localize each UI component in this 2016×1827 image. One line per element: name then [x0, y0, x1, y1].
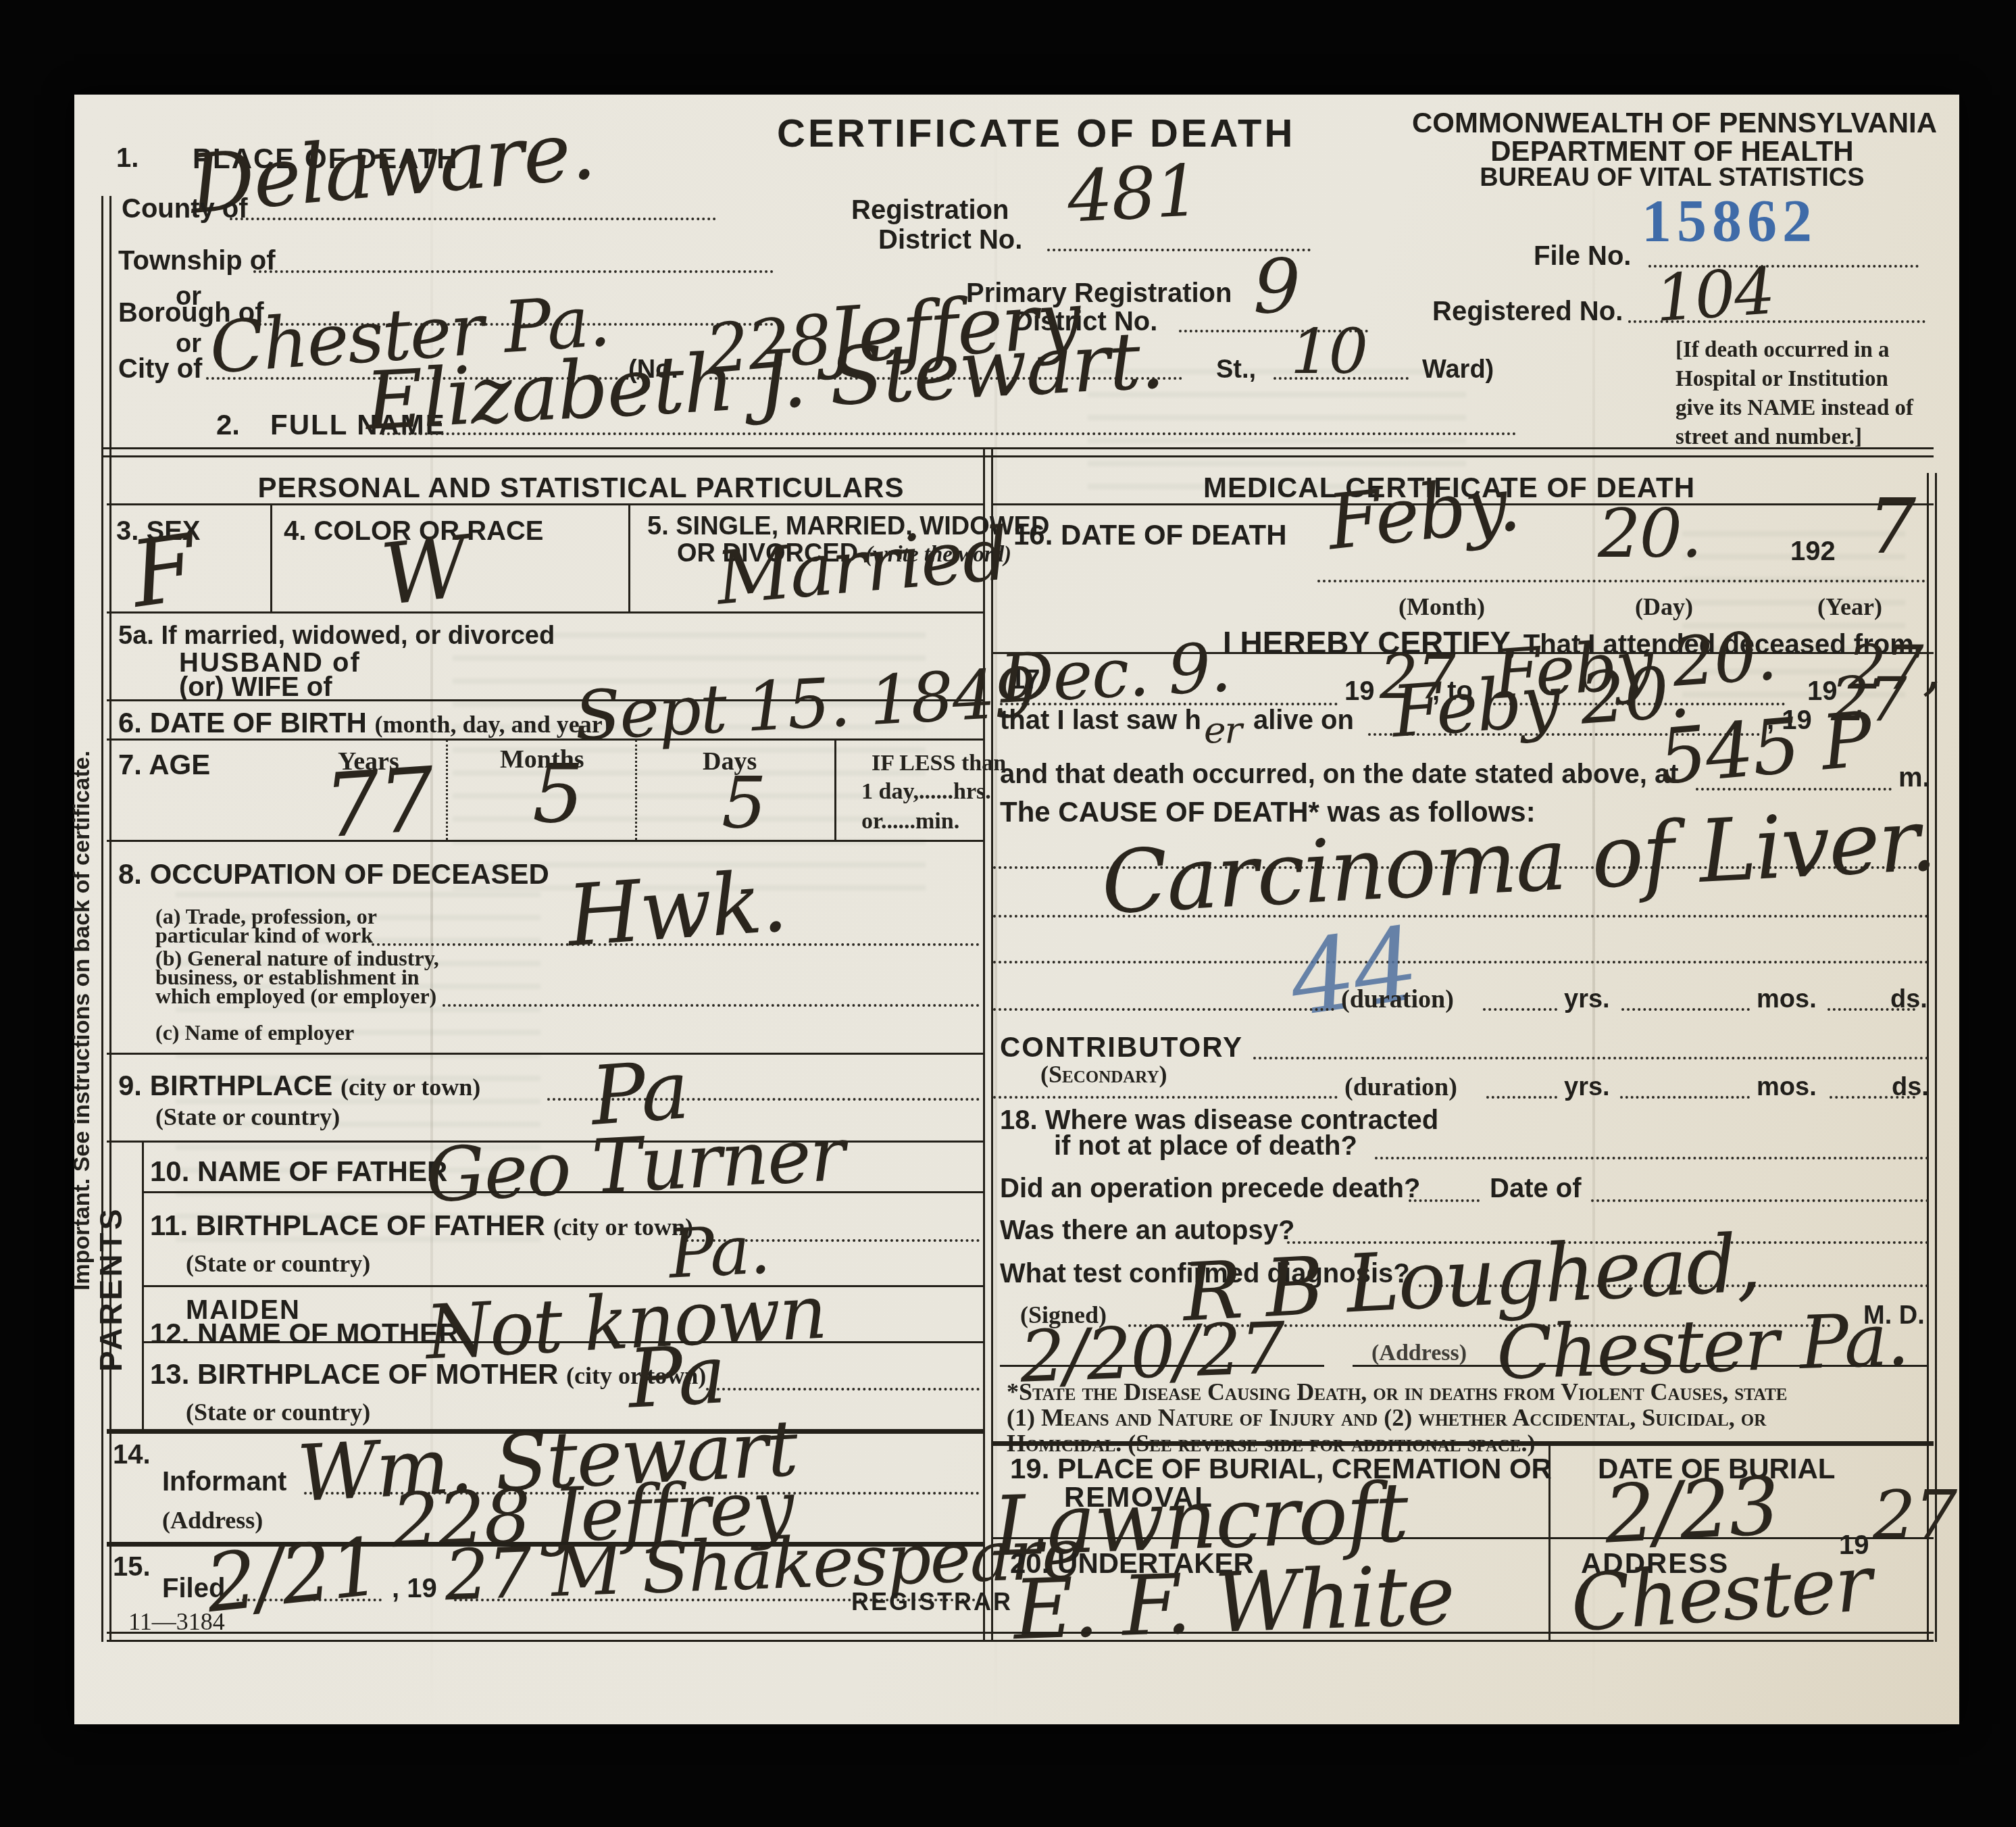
sex-value: F: [126, 526, 199, 616]
thick-rule: [991, 1441, 1934, 1446]
filed-year-value: 27: [443, 1532, 532, 1616]
yrs-label-2: yrs.: [1564, 1074, 1610, 1101]
commonwealth-line: COMMONWEALTH OF PENNSYLVANIA: [1412, 108, 1932, 138]
race-value: W: [378, 530, 471, 614]
dotted-line: [382, 432, 1517, 435]
rule: [101, 455, 1934, 457]
father-bp-label-text: 11. BIRTHPLACE OF FATHER: [150, 1209, 545, 1241]
date-of-label: Date of: [1490, 1174, 1582, 1203]
dotted-line: [993, 961, 1929, 963]
dotted-line: [993, 915, 1929, 918]
mother-birthplace-value: Pa: [626, 1338, 726, 1416]
registered-no-label: Registered No.: [1432, 297, 1623, 326]
registration-district-label2: District No.: [878, 226, 1022, 254]
year-caption: (Year): [1817, 595, 1882, 620]
occupation-value: Hwk.: [565, 864, 788, 955]
rule: [107, 840, 983, 842]
rule: [107, 611, 983, 614]
month-caption: (Month): [1398, 595, 1485, 620]
death-time-value: 545 P: [1656, 705, 1873, 792]
undertaker-value: E. F. White: [1012, 1559, 1455, 1648]
cell-divider: [270, 503, 272, 611]
dob-label: 6. DATE OF BIRTH (month, day, and year): [118, 708, 611, 738]
dotted-line: [253, 270, 774, 273]
county-value-handwritten: Delaware.: [186, 114, 597, 222]
bureau-line: BUREAU OF VITAL STATISTICS: [1412, 165, 1932, 192]
certificate-title: CERTIFICATE OF DEATH: [777, 114, 1277, 155]
occupation-label: 8. OCCUPATION OF DECEASED: [118, 859, 549, 889]
dotted-line: [1375, 1157, 1929, 1159]
ds-label-1: ds.: [1890, 986, 1927, 1013]
occupation-b-line3: which employed (or employer): [155, 985, 436, 1008]
wife-of-label: (or) WIFE of: [179, 673, 332, 701]
birthplace-city-note: (city or town): [341, 1074, 480, 1101]
dotted-line: [1486, 1096, 1557, 1099]
dotted-line: [1621, 1008, 1750, 1011]
mos-label-1: mos.: [1757, 986, 1817, 1013]
dotted-line: [1409, 1199, 1480, 1202]
county-label: County of: [122, 195, 248, 223]
scanned-death-certificate: 1. PLACE OF DEATH Delaware. County of CE…: [0, 0, 2016, 1827]
rule: [107, 503, 983, 505]
rule: [107, 739, 983, 741]
duration-label-1: (duration): [1341, 986, 1454, 1013]
age-cell-divider: [635, 740, 637, 840]
date-of-death-day: 20.: [1598, 503, 1701, 564]
q18-line2: if not at place of death?: [1054, 1132, 1357, 1160]
father-name-label: 10. NAME OF FATHER: [150, 1157, 447, 1186]
st-label: St.,: [1216, 357, 1256, 384]
dotted-line: [1620, 1096, 1750, 1099]
attended-from-value: Dec. 9.: [999, 637, 1232, 710]
occupation-c-label: (c) Name of employer: [155, 1022, 354, 1045]
last-saw-date-value: Feby 20.: [1390, 660, 1691, 745]
date-of-death-year-print: 192: [1790, 537, 1836, 566]
dotted-line: [1483, 1008, 1557, 1011]
date-of-death-year-script: 7: [1868, 493, 1915, 561]
dotted-line: [993, 1008, 1334, 1011]
informant-label: Informant: [162, 1468, 286, 1496]
age-cell-divider: [446, 740, 448, 840]
city-label: City of: [118, 355, 202, 383]
death-occurred-label: and that death occurred, on the date sta…: [1000, 760, 1679, 789]
if-less-line1: IF LESS than: [872, 751, 1006, 776]
ward-value: 10: [1290, 324, 1367, 380]
operation-label: Did an operation precede death?: [1000, 1174, 1420, 1203]
date-of-death-month: Feby.: [1325, 470, 1523, 557]
signed-address-value: Chester Pa.: [1495, 1307, 1909, 1386]
m-label: m.: [1898, 764, 1930, 792]
dotted-line: [706, 1388, 980, 1391]
occupation-a-line2: particular kind of work: [155, 924, 373, 947]
certificate-paper: 1. PLACE OF DEATH Delaware. County of CE…: [74, 95, 1959, 1724]
rule: [101, 447, 1934, 449]
file-number-stamp: 15862: [1642, 191, 1817, 253]
mother-bp-label-text: 13. BIRTHPLACE OF MOTHER: [150, 1358, 558, 1390]
yrs-label-1: yrs.: [1564, 986, 1610, 1013]
item-14-number: 14.: [113, 1441, 151, 1469]
footnote-line2: (1) Means and Nature of Injury and (2) w…: [1007, 1405, 1766, 1431]
registration-district-label1: Registration: [851, 196, 1009, 224]
item-1-number: 1.: [116, 144, 138, 172]
mos-label-2: mos.: [1757, 1074, 1817, 1101]
rule: [142, 1191, 983, 1193]
registrar-label: REGISTRAR: [851, 1589, 1013, 1615]
full-name-number: 2.: [216, 410, 240, 440]
footnote-line1: *State the Disease Causing Death, or in …: [1007, 1380, 1787, 1405]
dob-label-text: 6. DATE OF BIRTH: [118, 707, 367, 739]
dob-value: Sept 15. 1849: [573, 662, 1037, 747]
rule: [142, 1341, 983, 1343]
mother-birthplace-label: 13. BIRTHPLACE OF MOTHER (city or town): [150, 1359, 706, 1389]
last-saw-post-label: alive on: [1253, 706, 1354, 734]
registration-district-value: 481: [1066, 159, 1201, 230]
dotted-line: [443, 1004, 980, 1007]
undertaker-address-value: Chester: [1569, 1549, 1873, 1640]
age-cell-divider: [834, 739, 836, 840]
dotted-line: [1591, 1199, 1929, 1202]
dotted-line: [230, 218, 716, 220]
duration-label-2: (duration): [1344, 1074, 1457, 1101]
personal-section-title: PERSONAL AND STATISTICAL PARTICULARS: [176, 473, 986, 503]
file-no-label: File No.: [1534, 242, 1631, 270]
dotted-line: [1274, 377, 1409, 380]
rule: [1000, 1365, 1324, 1367]
father-birthplace-label: 11. BIRTHPLACE OF FATHER (city or town): [150, 1211, 693, 1241]
marital-value: Married: [714, 521, 1011, 611]
if-less-line3: or......min.: [861, 809, 959, 834]
township-label: Township of: [118, 247, 276, 275]
paper-crease: [1592, 95, 1595, 1724]
filed-date-value: 2/21: [203, 1530, 383, 1620]
margin-instructions-note: Important. See instructions on back of c…: [70, 399, 100, 1642]
autopsy-label: Was there an autopsy?: [1000, 1216, 1294, 1245]
age-months-value: 5: [532, 758, 582, 831]
father-name-value: Geo Turner: [424, 1121, 846, 1209]
secondary-label: (Secondary): [1040, 1062, 1167, 1088]
primary-registration-value: 9: [1253, 253, 1299, 320]
father-bp-state-note: (State or country): [186, 1251, 370, 1277]
column-divider: [983, 447, 985, 1641]
from-19-print: 19: [1344, 677, 1375, 705]
dotted-line: [993, 1096, 1338, 1099]
filed-19-print: , 19: [392, 1574, 437, 1603]
dotted-line: [1317, 580, 1925, 582]
column-divider: [991, 447, 993, 1641]
day-caption: (Day): [1635, 595, 1693, 620]
ward-label: Ward): [1422, 357, 1494, 384]
last-saw-pre-label: that I last saw h: [1000, 706, 1201, 734]
if-less-line2: 1 day,......hrs.: [861, 780, 991, 804]
birthplace-label-text: 9. BIRTHPLACE: [118, 1070, 332, 1101]
certify-bold-text: I HEREBY CERTIFY,: [1223, 625, 1516, 660]
dotted-line: [1628, 320, 1925, 323]
age-years-value: 77: [322, 760, 436, 847]
mother-bp-state-note: (State or country): [186, 1400, 370, 1426]
mother-name-label: 12. NAME OF MOTHER: [150, 1319, 459, 1349]
rule: [991, 1537, 1934, 1539]
informant-address-label: (Address): [162, 1508, 263, 1534]
age-days-value: 5: [722, 772, 765, 836]
parents-sidebar-label: PARENTS: [95, 1149, 132, 1429]
rule: [1353, 1365, 1927, 1367]
rule: [107, 1632, 1934, 1634]
birthplace-state-note: (State or country): [155, 1105, 340, 1130]
item-15-number: 15.: [113, 1553, 151, 1581]
hospital-note: [If death occurred in a Hospital or Inst…: [1675, 336, 1919, 452]
cell-divider: [628, 503, 630, 611]
contributory-label: CONTRIBUTORY: [1000, 1032, 1243, 1062]
date-of-death-label: 16. DATE OF DEATH: [1013, 520, 1286, 550]
registered-no-value: 104: [1653, 263, 1775, 329]
last-saw-her-script: er: [1204, 714, 1241, 747]
signed-address-label: (Address): [1371, 1341, 1467, 1366]
q18-line1: 18. Where was disease contracted: [1000, 1106, 1438, 1134]
dotted-line: [1696, 788, 1892, 791]
married-note-line1: 5a. If married, widowed, or divorced: [118, 623, 555, 650]
mother-name-value: Not known: [424, 1279, 828, 1367]
rule: [107, 1053, 983, 1055]
age-label: 7. AGE: [118, 750, 210, 780]
department-line: DEPARTMENT OF HEALTH: [1412, 136, 1932, 166]
dotted-line: [1253, 1057, 1929, 1059]
ds-label-2: ds.: [1892, 1074, 1929, 1101]
birthplace-label: 9. BIRTHPLACE (city or town): [118, 1071, 480, 1101]
rule: [107, 1640, 1934, 1642]
